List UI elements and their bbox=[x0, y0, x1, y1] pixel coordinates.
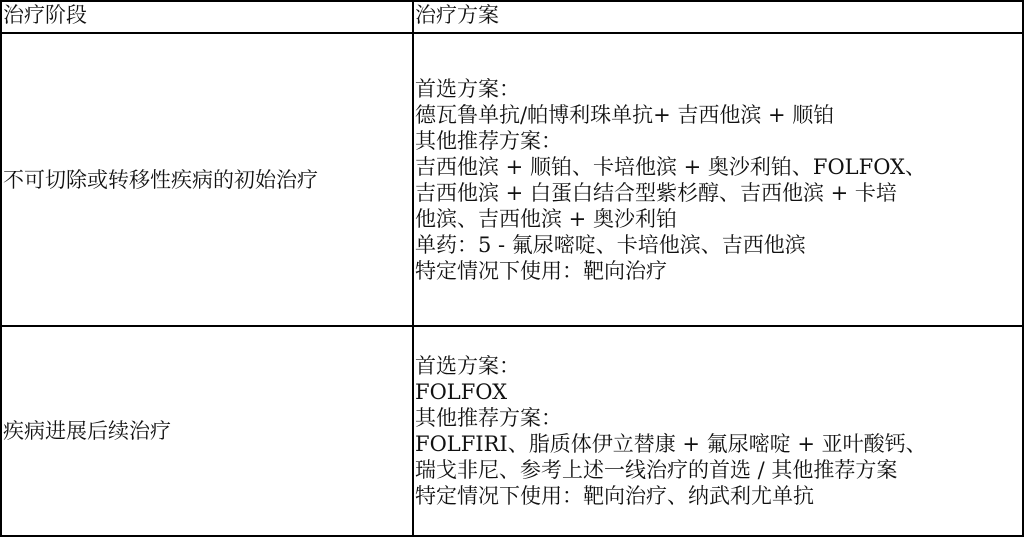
plan-line: 首选方案： bbox=[415, 353, 1022, 379]
plan-cell: 首选方案： 德瓦鲁单抗/帕博利珠单抗+ 吉西他滨 + 顺铂 其他推荐方案： 吉西… bbox=[413, 33, 1023, 326]
table-row: 疾病进展后续治疗 首选方案： FOLFOX 其他推荐方案： FOLFIRI、脂质… bbox=[1, 326, 1023, 536]
stage-cell: 疾病进展后续治疗 bbox=[1, 326, 413, 536]
plan-line: FOLFIRI、脂质体伊立替康 + 氟尿嘧啶 + 亚叶酸钙、 bbox=[415, 431, 1022, 457]
plan-line: FOLFOX bbox=[415, 379, 1022, 405]
stage-cell: 不可切除或转移性疾病的初始治疗 bbox=[1, 33, 413, 326]
plan-line: 瑞戈非尼、参考上述一线治疗的首选 / 其他推荐方案 bbox=[415, 457, 1022, 483]
plan-cell: 首选方案： FOLFOX 其他推荐方案： FOLFIRI、脂质体伊立替康 + 氟… bbox=[413, 326, 1023, 536]
plan-line: 其他推荐方案： bbox=[415, 128, 1022, 154]
header-treatment-plan: 治疗方案 bbox=[413, 1, 1023, 33]
plan-line: 单药：5 - 氟尿嘧啶、卡培他滨、吉西他滨 bbox=[415, 232, 1022, 258]
plan-line: 其他推荐方案： bbox=[415, 405, 1022, 431]
plan-line: 吉西他滨 + 顺铂、卡培他滨 + 奥沙利铂、FOLFOX、 bbox=[415, 154, 1022, 180]
plan-line: 特定情况下使用：靶向治疗 bbox=[415, 258, 1022, 284]
plan-line: 特定情况下使用：靶向治疗、纳武利尤单抗 bbox=[415, 483, 1022, 509]
header-treatment-stage: 治疗阶段 bbox=[1, 1, 413, 33]
plan-line: 吉西他滨 + 白蛋白结合型紫杉醇、吉西他滨 + 卡培 bbox=[415, 180, 1022, 206]
plan-line: 德瓦鲁单抗/帕博利珠单抗+ 吉西他滨 + 顺铂 bbox=[415, 102, 1022, 128]
treatment-table: 治疗阶段 治疗方案 不可切除或转移性疾病的初始治疗 首选方案： 德瓦鲁单抗/帕博… bbox=[0, 0, 1024, 537]
plan-line: 首选方案： bbox=[415, 76, 1022, 102]
table-row: 不可切除或转移性疾病的初始治疗 首选方案： 德瓦鲁单抗/帕博利珠单抗+ 吉西他滨… bbox=[1, 33, 1023, 326]
table-header-row: 治疗阶段 治疗方案 bbox=[1, 1, 1023, 33]
plan-line: 他滨、吉西他滨 + 奥沙利铂 bbox=[415, 206, 1022, 232]
